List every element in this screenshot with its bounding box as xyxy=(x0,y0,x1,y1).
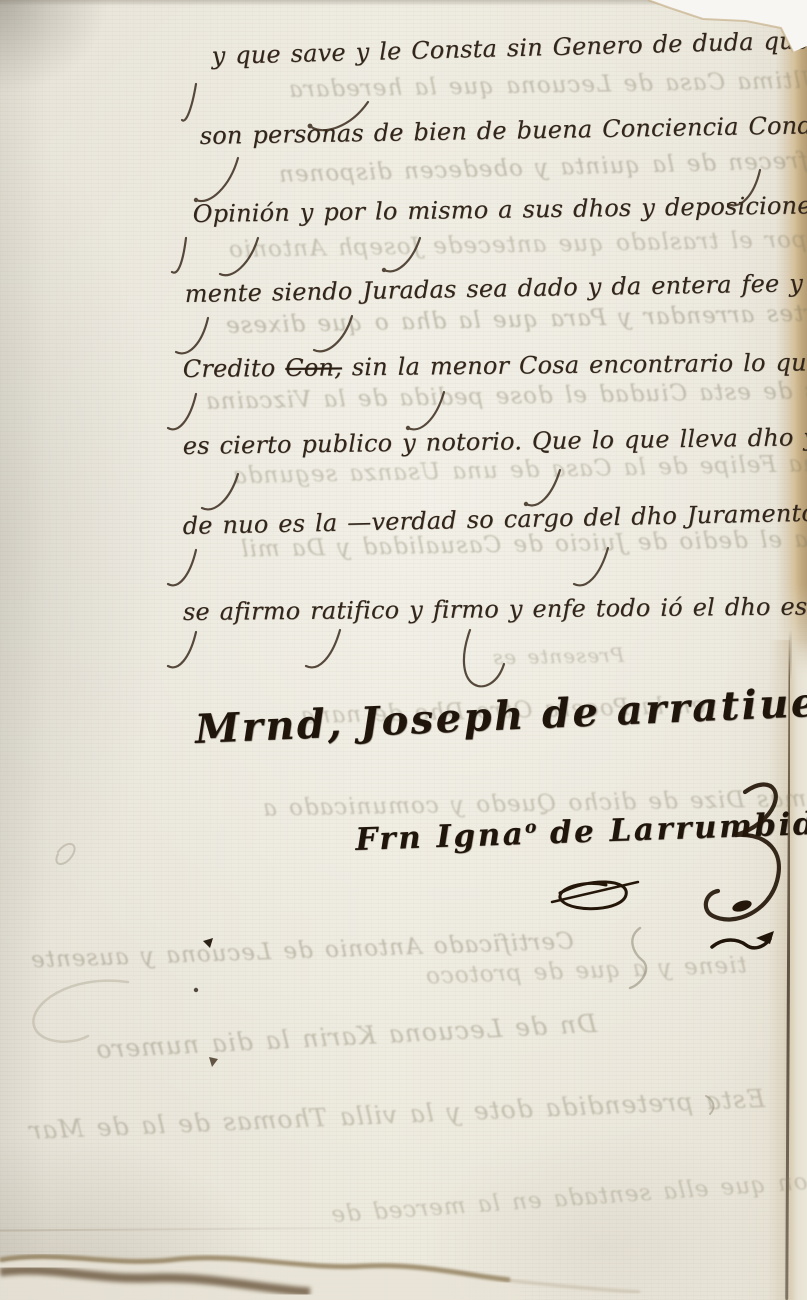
bleedthrough-line: Con que ella sentada en la merced de xyxy=(330,1168,807,1230)
signature-text: Frn Igna xyxy=(355,816,526,858)
line-text: Opinión y por lo mismo a sus dhos y depo… xyxy=(193,190,807,228)
line-text: sin la menor Cosa encontrario lo qual xyxy=(342,348,807,381)
bleedthrough-line: Dn de Lecuona Karin la dia numero xyxy=(95,1009,598,1065)
line-text: Credito xyxy=(183,354,286,383)
manuscript-line-8: se afirmo ratifico y firmo y enfe todo i… xyxy=(183,592,807,627)
bleedthrough-line: determinado se ofrecen de la quinta y ob… xyxy=(278,142,807,189)
right-gutter-edge xyxy=(776,0,807,680)
manuscript-line-5: Credito Con, sin la menor Cosa encontrar… xyxy=(183,348,807,384)
bleedthrough-line: Presente es xyxy=(492,643,625,669)
top-edge-shadow xyxy=(0,0,660,6)
bottom-tear xyxy=(0,1257,640,1300)
bleedthrough-line: la Ultima Casa de Lecuona que la heredar… xyxy=(288,67,807,104)
signature-arratiuel: Mrnd, Joseph de arratiuel xyxy=(194,678,807,753)
line-text: y que save y le Consta sin Genero de dud… xyxy=(211,24,807,70)
line-text: se afirmo ratifico y firmo y enfe todo i… xyxy=(183,592,807,626)
bleedthrough-line: a dos de esta Ciudad el dose pedida de l… xyxy=(205,377,807,416)
adjacent-page-sliver xyxy=(790,640,807,1300)
signature-rubric-loop xyxy=(552,882,638,909)
line-text: son personas de bien de buena Conciencia… xyxy=(199,110,807,150)
manuscript-page: la Ultima Casa de Lecuona que la heredar… xyxy=(0,0,807,1300)
manuscript-line-1: y que save y le Consta sin Genero de dud… xyxy=(211,24,807,71)
crease-line xyxy=(0,1226,430,1231)
bleedthrough-line: Esta pretendida dote y la villa Thomas d… xyxy=(28,1084,766,1146)
manuscript-line-2: son personas de bien de buena Conciencia… xyxy=(199,110,807,151)
struck-word: Con, xyxy=(285,353,342,382)
bleedthrough-line: por el traslado que antecede Joseph Anto… xyxy=(228,227,807,265)
signature-text: Mrnd, Joseph de arratiuel xyxy=(194,678,807,753)
manuscript-line-3: Opinión y por lo mismo a sus dhos y depo… xyxy=(193,190,807,229)
